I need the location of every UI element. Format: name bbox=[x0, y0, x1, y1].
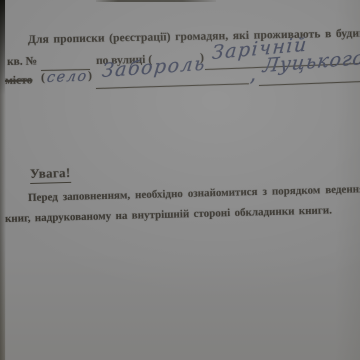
city-label-struckthrough: місто bbox=[5, 74, 33, 87]
apartment-number-label: кв. № bbox=[7, 55, 37, 68]
handwritten-comma: , bbox=[248, 62, 256, 86]
settlement-paren-close: ) bbox=[88, 70, 92, 82]
district-blank-line bbox=[259, 81, 360, 86]
notice-title: Увага! bbox=[30, 165, 71, 184]
settlement-paren-open: ( bbox=[41, 72, 45, 84]
settlement-blank-line bbox=[96, 83, 249, 89]
paper-top-edge-line bbox=[96, 0, 216, 2]
notice-body-line1: Перед заповненням, необхідно ознайомитис… bbox=[28, 183, 360, 204]
settlement-type-handwritten: село bbox=[46, 69, 89, 87]
document-photo: Для прописки (реєстрації) громадян, які … bbox=[0, 0, 360, 360]
photo-top-left-corner-shadow bbox=[0, 0, 5, 95]
form-line1: Для прописки (реєстрації) громадян, які … bbox=[28, 27, 360, 46]
notice-body-line2: книг, надрукованому на внутрішній сторон… bbox=[5, 204, 332, 225]
photo-bottom-left-corner-shadow bbox=[0, 230, 5, 360]
